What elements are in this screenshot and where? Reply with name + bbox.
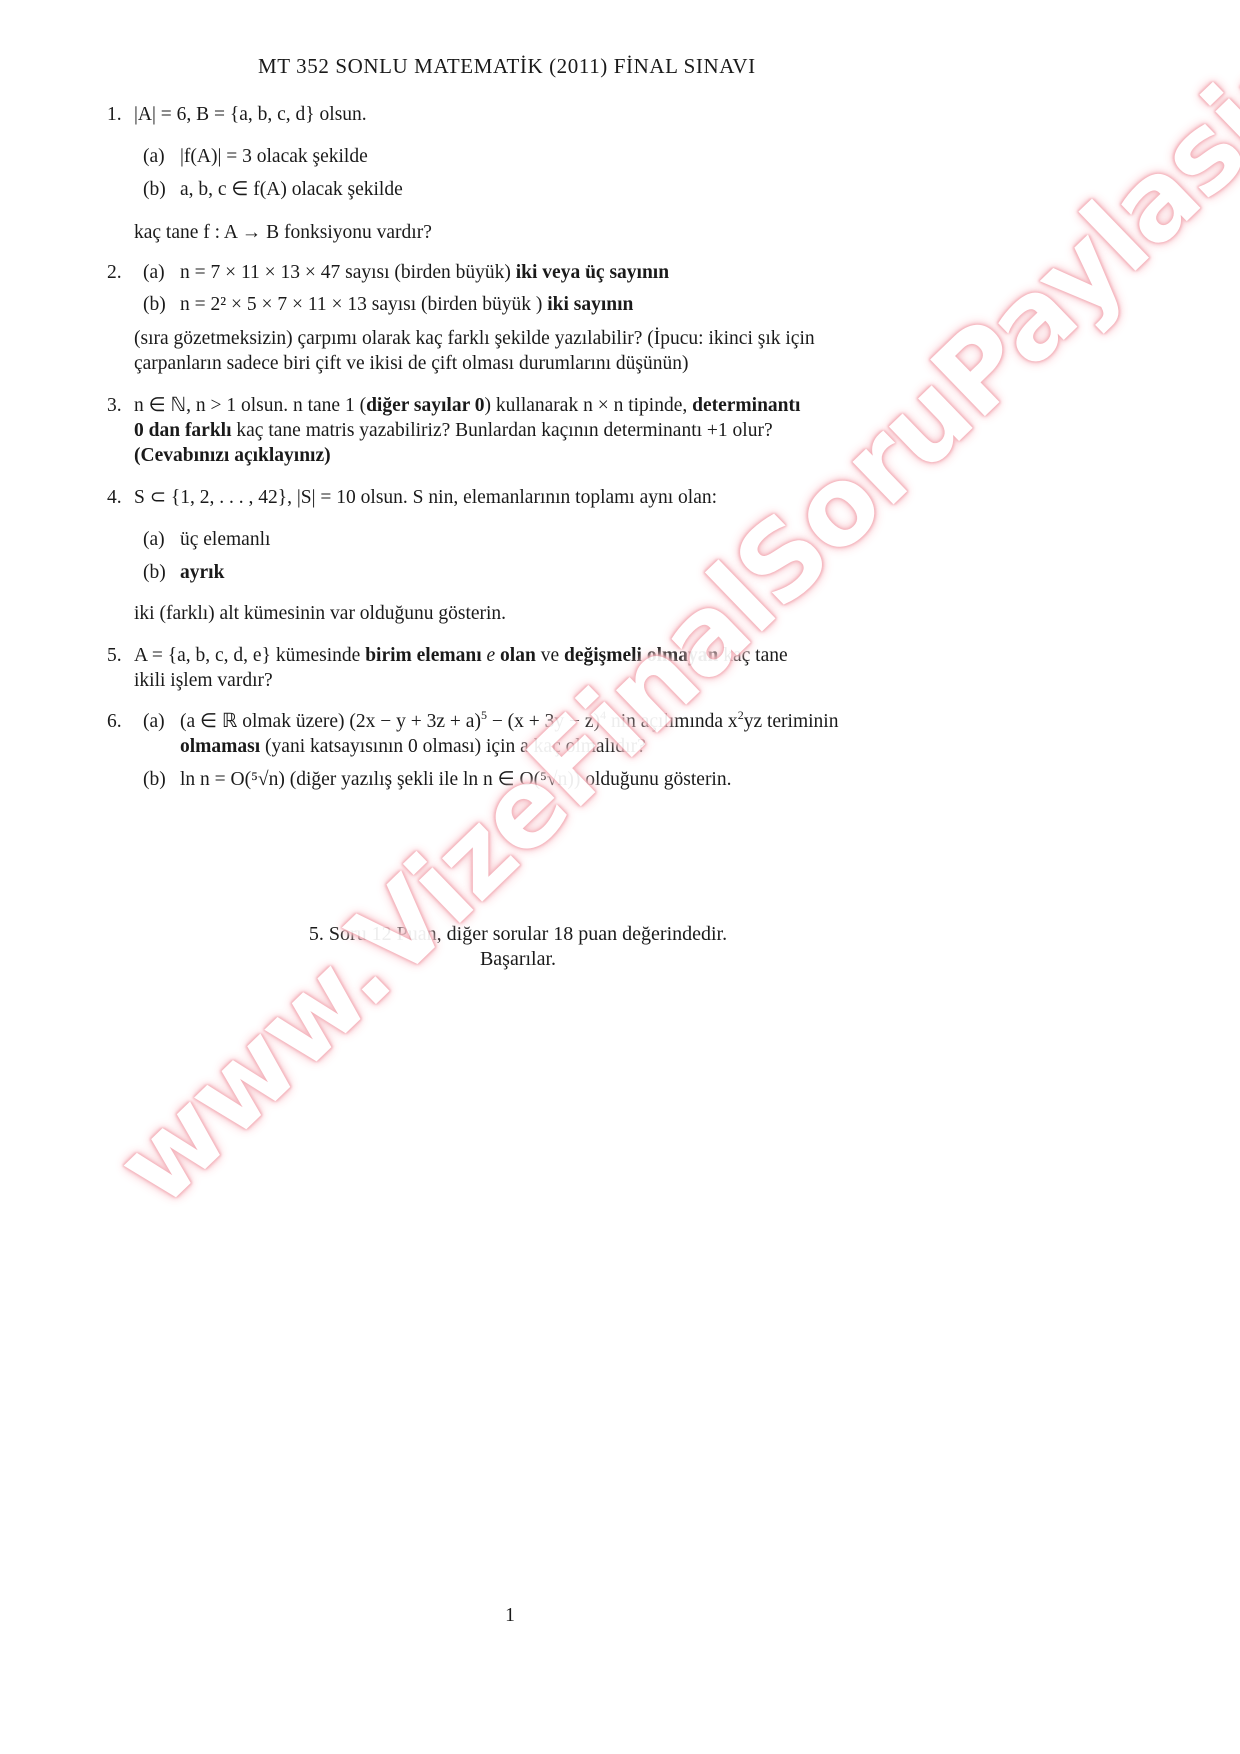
exam-title: MT 352 SONLU MATEMATİK (2011) FİNAL SINA… xyxy=(258,54,768,79)
question-number: 6. xyxy=(107,709,122,734)
part-text-line-1: (a ∈ ℝ olmak üzere) (2x − y + 3z + a)5 −… xyxy=(180,709,838,734)
points-note: 5. Soru 12 Puan, diğer sorular 18 puan d… xyxy=(268,922,768,947)
exam-page: MT 352 SONLU MATEMATİK (2011) FİNAL SINA… xyxy=(0,0,1240,1754)
part-label: (a) xyxy=(143,527,165,552)
part-text: a, b, c ∈ f(A) olacak şekilde xyxy=(180,177,403,202)
segment: (yani katsayısının 0 olması) için a kaç … xyxy=(260,736,646,757)
question-number: 4. xyxy=(107,485,122,510)
segment: − (x + 3y − z) xyxy=(487,711,600,732)
segment-bold: değişmeli olmayan xyxy=(564,645,718,666)
good-luck-note: Başarılar. xyxy=(268,947,768,972)
question-closing: iki (farklı) alt kümesinin var olduğunu … xyxy=(134,601,506,626)
question-closing-line-2: çarpanların sadece biri çift ve ikisi de… xyxy=(134,351,689,376)
exam-footer-note: 5. Soru 12 Puan, diğer sorular 18 puan d… xyxy=(268,922,768,972)
page-number: 1 xyxy=(500,1605,520,1627)
question-number: 1. xyxy=(107,102,122,127)
part-text-plain: n = 2² × 5 × 7 × 11 × 13 sayısı (birden … xyxy=(180,294,547,315)
segment: kaç tane matris yazabiliriz? Bunlardan k… xyxy=(232,420,773,441)
segment-bold: determinantı xyxy=(692,395,800,416)
part-text: üç elemanlı xyxy=(180,527,270,552)
question-line-1: n ∈ ℕ, n > 1 olsun. n tane 1 (diğer sayı… xyxy=(134,393,800,418)
part-text: |f(A)| = 3 olacak şekilde xyxy=(180,144,368,169)
part-label: (a) xyxy=(143,709,165,734)
question-closing: kaç tane f : A → B fonksiyonu vardır? xyxy=(134,220,432,245)
segment-bold: olan xyxy=(500,645,536,666)
question-intro: |A| = 6, B = {a, b, c, d} olsun. xyxy=(134,102,367,127)
question-closing-line-1: (sıra gözetmeksizin) çarpımı olarak kaç … xyxy=(134,326,815,351)
segment: ) kullanarak n × n tipinde, xyxy=(485,395,693,416)
part-text-bold: iki veya üç sayının xyxy=(516,262,669,283)
segment: A = {a, b, c, d, e} kümesinde xyxy=(134,645,365,666)
part-label: (b) xyxy=(143,767,166,792)
part-label: (b) xyxy=(143,177,166,202)
part-text: ayrık xyxy=(180,560,224,585)
segment: kaç tane xyxy=(718,645,787,666)
question-number: 5. xyxy=(107,643,122,668)
question-line-1: A = {a, b, c, d, e} kümesinde birim elem… xyxy=(134,643,788,668)
question-line-2: 0 dan farklı kaç tane matris yazabiliriz… xyxy=(134,418,773,443)
segment-bold: diğer sayılar 0 xyxy=(366,395,484,416)
question-line-2: ikili işlem vardır? xyxy=(134,668,273,693)
part-text: n = 2² × 5 × 7 × 11 × 13 sayısı (birden … xyxy=(180,292,633,317)
question-intro: S ⊂ {1, 2, . . . , 42}, |S| = 10 olsun. … xyxy=(134,485,717,510)
segment-bold: birim elemanı xyxy=(365,645,481,666)
part-text: ln n = O(⁵√n) (diğer yazılış şekli ile l… xyxy=(180,767,731,792)
part-label: (a) xyxy=(143,144,165,169)
segment-bold: olmaması xyxy=(180,736,260,757)
part-text-plain: n = 7 × 11 × 13 × 47 sayısı (birden büyü… xyxy=(180,262,516,283)
part-label: (b) xyxy=(143,292,166,317)
question-number: 3. xyxy=(107,393,122,418)
segment: ve xyxy=(536,645,564,666)
part-text: n = 7 × 11 × 13 × 47 sayısı (birden büyü… xyxy=(180,260,669,285)
segment: yz teriminin xyxy=(744,711,839,732)
question-line-3: (Cevabınızı açıklayınız) xyxy=(134,443,331,468)
part-label: (a) xyxy=(143,260,165,285)
part-text-line-2: olmaması (yani katsayısının 0 olması) iç… xyxy=(180,734,646,759)
segment-bold: 0 dan farklı xyxy=(134,420,232,441)
part-label: (b) xyxy=(143,560,166,585)
segment: nin açılımında x xyxy=(606,711,738,732)
segment: n ∈ ℕ, n > 1 olsun. n tane 1 ( xyxy=(134,395,366,416)
segment: e xyxy=(482,645,500,666)
question-number: 2. xyxy=(107,260,122,285)
segment: (a ∈ ℝ olmak üzere) (2x − y + 3z + a) xyxy=(180,711,481,732)
part-text-bold: iki sayının xyxy=(547,294,633,315)
